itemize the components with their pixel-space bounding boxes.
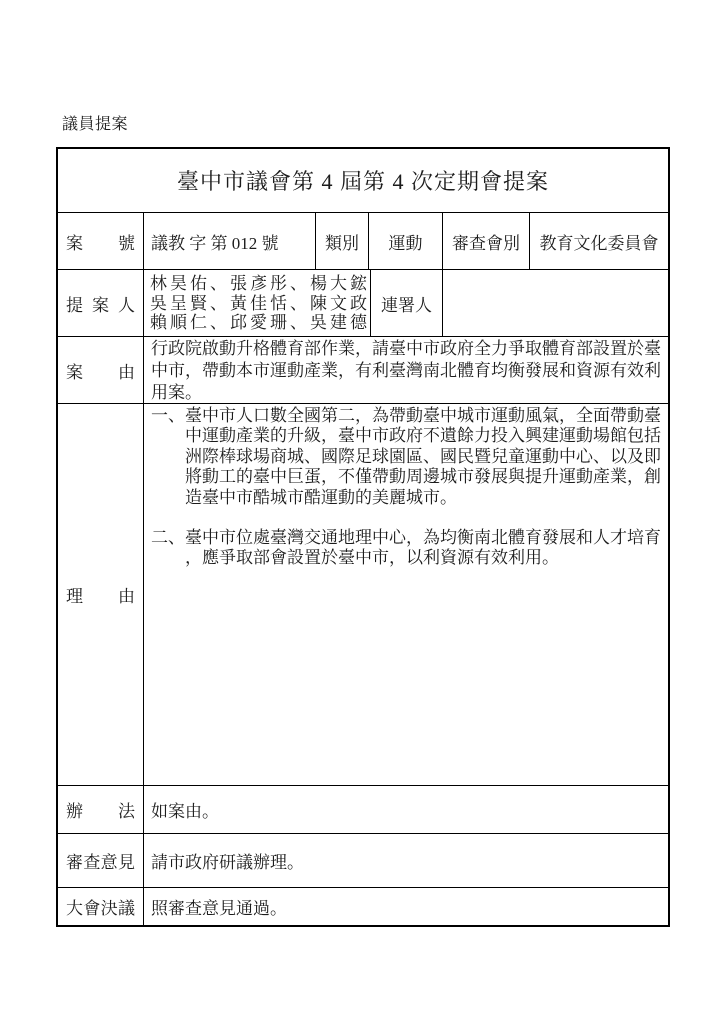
reason-text-cell: 一、 臺中市人口數全國第二，為帶動臺中城市運動風氣，全面帶動臺中運動產業的升級，… (144, 404, 668, 785)
reason-row: 理由 一、 臺中市人口數全國第二，為帶動臺中城市運動風氣，全面帶動臺中運動產業的… (58, 404, 668, 786)
method-text: 如案由。 (144, 786, 668, 833)
subject-row: 案由 行政院啟動升格體育部作業，請臺中市政府全力爭取體育部設置於臺中市，帶動本市… (58, 337, 668, 404)
review-opinion-text: 請市政府研議辦理。 (144, 834, 668, 887)
reason-item-number: 二、 (151, 528, 185, 569)
resolution-label-cell: 大會決議 (58, 888, 144, 925)
case-number-label-cell: 案號 (58, 213, 144, 269)
reason-item-text: 臺中市人口數全國第二，為帶動臺中城市運動風氣，全面帶動臺中運動產業的升級，臺中市… (185, 406, 662, 508)
proposer-names-line: 賴順仁、邱愛珊、吳建德 (150, 313, 370, 333)
method-row: 辦法 如案由。 (58, 786, 668, 834)
reason-item-number: 一、 (151, 406, 185, 508)
category-label: 類別 (316, 213, 369, 269)
review-opinion-label: 審查意見 (66, 848, 135, 873)
cosigner-label: 連署人 (371, 270, 443, 336)
proposer-row: 提案人 林昊佑、張彥彤、楊大鋐 吳呈賢、黃佳恬、陳文政 賴順仁、邱愛珊、吳建德 … (58, 270, 668, 337)
document-page: 議員提案 臺中市議會第 4 屆第 4 次定期會提案 案號 議教 字 第 012 … (0, 0, 724, 1024)
proposer-label-cell: 提案人 (58, 270, 144, 336)
resolution-row: 大會決議 照審查意見通過。 (58, 888, 668, 925)
committee-label: 審查會別 (443, 213, 530, 269)
subject-label: 案由 (66, 358, 135, 383)
table-title: 臺中市議會第 4 屆第 4 次定期會提案 (58, 149, 668, 212)
subject-label-cell: 案由 (58, 337, 144, 403)
category-value: 運動 (369, 213, 443, 269)
proposer-names-line: 吳呈賢、黃佳恬、陳文政 (150, 294, 370, 314)
proposer-names: 林昊佑、張彥彤、楊大鋐 吳呈賢、黃佳恬、陳文政 賴順仁、邱愛珊、吳建德 (144, 270, 371, 336)
reason-item-text: 臺中市位處臺灣交通地理中心，為均衡南北體育發展和人才培育，應爭取部會設置於臺中市… (185, 528, 662, 569)
reason-label: 理由 (66, 582, 135, 607)
proposer-names-line: 林昊佑、張彥彤、楊大鋐 (150, 274, 370, 294)
reason-item: 二、 臺中市位處臺灣交通地理中心，為均衡南北體育發展和人才培育，應爭取部會設置於… (151, 528, 662, 569)
title-row: 臺中市議會第 4 屆第 4 次定期會提案 (58, 149, 668, 213)
method-label-cell: 辦法 (58, 786, 144, 833)
cosigner-value (443, 270, 668, 336)
method-label: 辦法 (66, 797, 135, 822)
proposal-table: 臺中市議會第 4 屆第 4 次定期會提案 案號 議教 字 第 012 號 類別 … (56, 147, 670, 927)
review-opinion-label-cell: 審查意見 (58, 834, 144, 887)
document-type-label: 議員提案 (62, 111, 128, 134)
resolution-text: 照審查意見通過。 (144, 888, 668, 925)
case-number-row: 案號 議教 字 第 012 號 類別 運動 審查會別 教育文化委員會 (58, 213, 668, 270)
reason-label-cell: 理由 (58, 404, 144, 785)
committee-value: 教育文化委員會 (530, 213, 668, 269)
case-number-label: 案號 (66, 229, 135, 254)
case-number-value: 議教 字 第 012 號 (144, 213, 316, 269)
review-opinion-row: 審查意見 請市政府研議辦理。 (58, 834, 668, 888)
subject-text: 行政院啟動升格體育部作業，請臺中市政府全力爭取體育部設置於臺中市，帶動本市運動產… (144, 337, 668, 403)
resolution-label: 大會決議 (66, 894, 135, 919)
proposer-label: 提案人 (66, 291, 135, 316)
reason-item: 一、 臺中市人口數全國第二，為帶動臺中城市運動風氣，全面帶動臺中運動產業的升級，… (151, 406, 662, 508)
